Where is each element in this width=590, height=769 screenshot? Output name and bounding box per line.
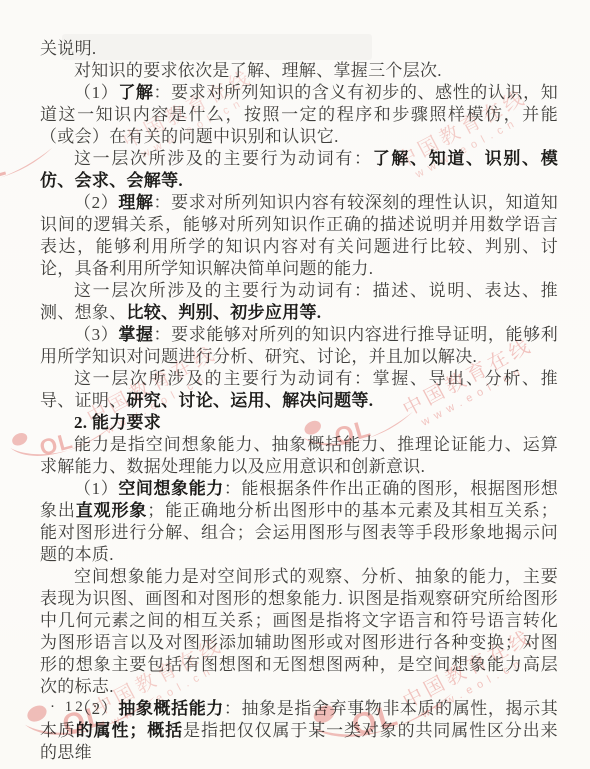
page-number: · 12 ·	[50, 699, 101, 716]
emphasis-text: 了解	[118, 83, 153, 102]
paragraph-intro-tail: 关说明.	[40, 38, 558, 60]
paragraph-spatial-ability-detail: 空间想象能力是对空间形式的观察、分析、抽象的能力，主要表现为识图、画图和对图形的…	[40, 566, 558, 698]
paragraph-level-3-zhangwo: （3）掌握：要求能够对所列的知识内容进行推导证明，能够利用所学知识对问题进行分析…	[40, 324, 558, 368]
body-text: （1）	[74, 83, 118, 102]
emphasis-text: 2. 能力要求	[74, 413, 161, 432]
paragraph-level-3-verbs: 这一层次所涉及的主要行为动词有：掌握、导出、分析、推导、证明、研究、讨论、运用、…	[40, 368, 558, 412]
emphasis-text: 理解	[118, 193, 153, 212]
scanned-document-page: 关说明.对知识的要求依次是了解、理解、掌握三个层次.（1）了解：要求对所列知识的…	[0, 0, 590, 769]
emphasis-text: 直观形象	[76, 501, 148, 520]
body-text: 空间想象能力是对空间形式的观察、分析、抽象的能力，主要表现为识图、画图和对图形的…	[40, 567, 558, 696]
page-text: 关说明.对知识的要求依次是了解、理解、掌握三个层次.（1）了解：要求对所列知识的…	[40, 38, 558, 764]
paragraph-knowledge-levels: 对知识的要求依次是了解、理解、掌握三个层次.	[40, 60, 558, 82]
body-text: 这一层次所涉及的主要行为动词有：	[74, 149, 373, 168]
paragraph-ability-overview: 能力是指空间想象能力、抽象概括能力、推理论证能力、运算求解能力、数据处理能力以及…	[40, 434, 558, 478]
emphasis-text: 的属性；概括	[76, 721, 183, 740]
paragraph-spatial-ability: （1）空间想象能力：能根据条件作出正确的图形，根据图形想象出直观形象；能正确地分…	[40, 478, 558, 566]
body-text: 关说明.	[40, 39, 96, 58]
paragraph-level-2-verbs: 这一层次所涉及的主要行为动词有：描述、说明、表达、推测、想象、比较、判别、初步应…	[40, 280, 558, 324]
emphasis-text: 研究、讨论、运用、解决问题等.	[127, 391, 374, 410]
heading-ability-requirements: 2. 能力要求	[40, 412, 558, 434]
paragraph-level-1-liaojie: （1）了解：要求对所列知识的含义有初步的、感性的认识，知道这一知识内容是什么，按…	[40, 82, 558, 148]
emphasis-text: 抽象概括能力	[118, 699, 224, 718]
body-text: 对知识的要求依次是了解、理解、掌握三个层次.	[74, 61, 442, 80]
emphasis-text: 空间想象能力	[118, 479, 224, 498]
paragraph-abstract-ability: （2）抽象概括能力：抽象是指舍弃事物非本质的属性，揭示其本质的属性；概括是指把仅…	[40, 698, 558, 764]
body-text: 能力是指空间想象能力、抽象概括能力、推理论证能力、运算求解能力、数据处理能力以及…	[40, 435, 558, 476]
paragraph-level-1-verbs: 这一层次所涉及的主要行为动词有：了解、知道、识别、模仿、会求、会解等.	[40, 148, 558, 192]
paragraph-level-2-lijie: （2）理解：要求对所列知识内容有较深刻的理性认识，知道知识间的逻辑关系，能够对所…	[40, 192, 558, 280]
emphasis-text: 比较、判别、初步应用等.	[127, 303, 322, 322]
body-text: （1）	[74, 479, 118, 498]
emphasis-text: 掌握	[118, 325, 153, 344]
body-text: （3）	[74, 325, 118, 344]
body-text: （2）	[74, 193, 118, 212]
